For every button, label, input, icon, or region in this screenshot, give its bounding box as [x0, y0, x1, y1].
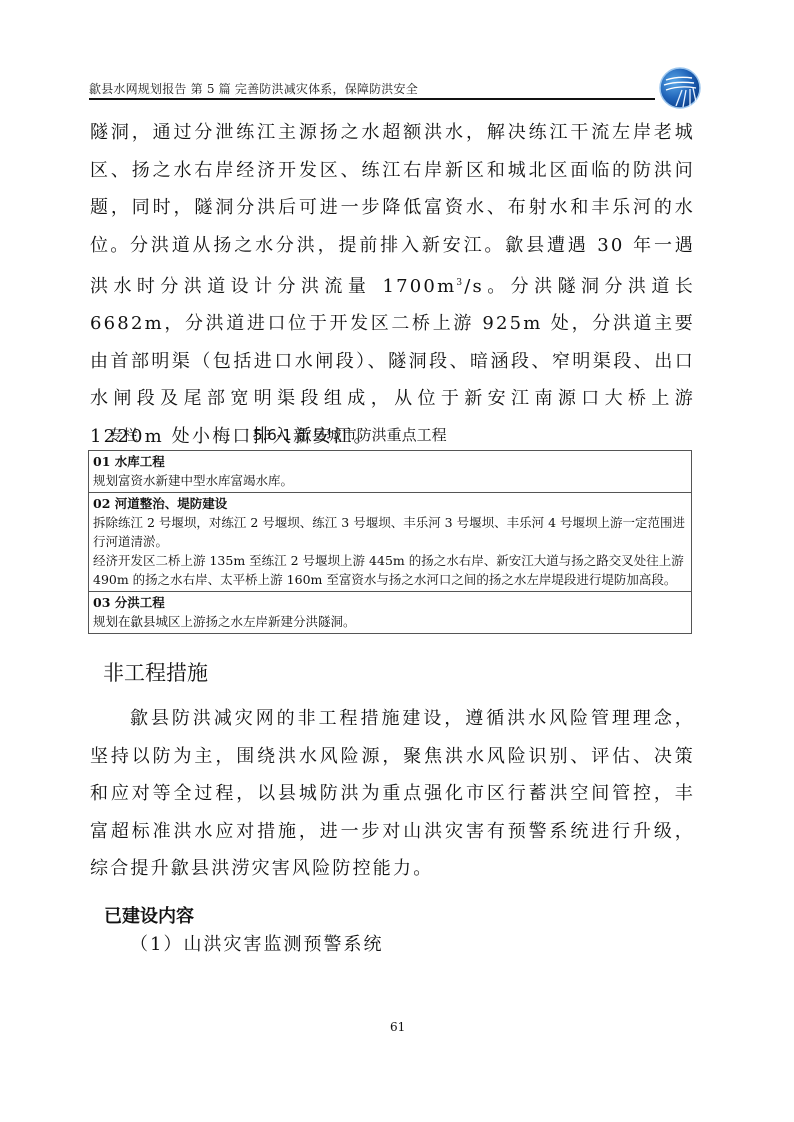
row-title: 03 分洪工程: [93, 593, 687, 612]
page-number: 61: [390, 1020, 405, 1034]
row-body: 经济开发区二桥上游 135m 至练江 2 号堰坝上游 445m 的扬之水右岸、新…: [93, 551, 687, 589]
row-title: 01 水库工程: [93, 452, 687, 471]
paragraph-text-part2: /s。分洪隧洞分洪道长 6682m，分洪道进口位于开发区二桥上游 925m 处，…: [90, 276, 695, 447]
column-label: 专栏: [108, 424, 138, 445]
column-row: 03 分洪工程 规划在歙县城区上游扬之水左岸新建分洪隧洞。: [89, 592, 691, 633]
list-item: （1）山洪灾害监测预警系统: [130, 930, 383, 956]
row-body: 规划在歙县城区上游扬之水左岸新建分洪隧洞。: [93, 612, 687, 631]
row-title: 02 河道整治、堤防建设: [93, 494, 687, 513]
column-row: 02 河道整治、堤防建设 拆除练江 2 号堰坝，对练江 2 号堰坝、练江 3 号…: [89, 493, 691, 592]
globe-logo-icon: [658, 66, 702, 110]
row-body: 规划富资水新建中型水库富竭水库。: [93, 471, 687, 490]
section-heading: 非工程措施: [103, 657, 208, 687]
column-title: 5.6-1 歙县城市防洪重点工程: [253, 424, 447, 445]
subsection-heading: 已建设内容: [104, 902, 194, 928]
column-row: 01 水库工程 规划富资水新建中型水库富竭水库。: [89, 451, 691, 493]
paragraph-non-engineering: 歙县防洪减灾网的非工程措施建设，遵循洪水风险管理理念，坚持以防为主，围绕洪水风险…: [90, 700, 695, 888]
header-divider: [89, 98, 655, 100]
paragraph-floodway-design: 分洪道从扬之水分洪，提前排入新安江。歙县遭遇 30 年一遇洪水时分洪道设计分洪流…: [90, 227, 695, 455]
column-box: 01 水库工程 规划富资水新建中型水库富竭水库。 02 河道整治、堤防建设 拆除…: [88, 450, 692, 634]
running-title: 歙县水网规划报告 第 5 篇 完善防洪减灾体系，保障防洪安全: [89, 80, 418, 97]
row-body: 拆除练江 2 号堰坝，对练江 2 号堰坝、练江 3 号堰坝、丰乐河 3 号堰坝、…: [93, 513, 687, 551]
